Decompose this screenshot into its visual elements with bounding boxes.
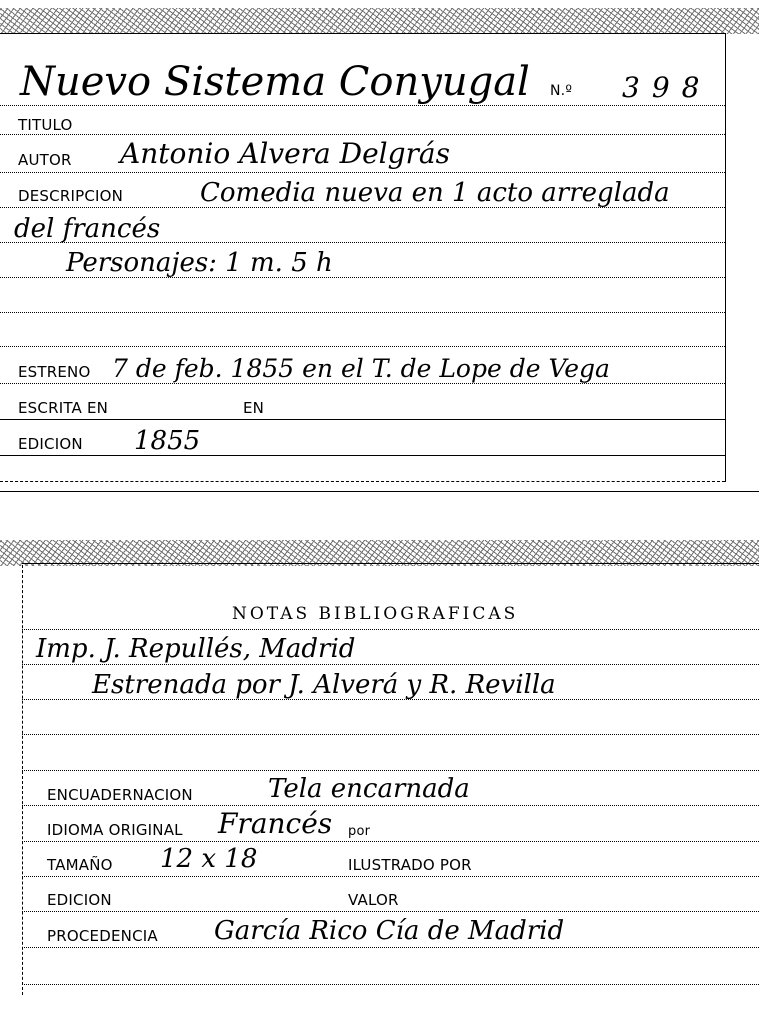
procedencia-value: García Rico Cía de Madrid bbox=[214, 918, 564, 944]
por-label: por bbox=[348, 825, 370, 838]
estreno-value: 7 de feb. 1855 en el T. de Lope de Vega bbox=[112, 356, 610, 381]
encuadernacion-value: Tela encarnada bbox=[268, 776, 470, 802]
idioma-label: IDIOMA ORIGINAL bbox=[47, 823, 183, 838]
encuadernacion-label: ENCUADERNACION bbox=[47, 788, 193, 803]
notas-heading: NOTAS BIBLIOGRAFICAS bbox=[232, 604, 518, 624]
card-top-scan-noise bbox=[0, 8, 759, 34]
rule bbox=[0, 277, 725, 278]
rule bbox=[22, 770, 759, 771]
rule bbox=[22, 664, 759, 665]
rule bbox=[0, 242, 725, 243]
escrita-en-label: ESCRITA EN bbox=[18, 401, 108, 416]
edicion-label: EDICION bbox=[18, 437, 83, 452]
rule bbox=[22, 911, 759, 912]
rule bbox=[0, 207, 725, 208]
autor-label: AUTOR bbox=[18, 153, 72, 168]
edicion-value: 1855 bbox=[134, 428, 200, 454]
edicion2-label: EDICION bbox=[47, 893, 112, 908]
rule bbox=[0, 481, 725, 482]
rule bbox=[0, 455, 725, 456]
autor-value: Antonio Alvera Delgrás bbox=[120, 140, 450, 168]
descripcion-value-line3: Personajes: 1 m. 5 h bbox=[66, 250, 333, 276]
rule bbox=[0, 419, 725, 420]
rule bbox=[22, 841, 759, 842]
card-divider bbox=[0, 491, 759, 492]
notes-line1: Imp. J. Repullés, Madrid bbox=[36, 636, 355, 662]
descripcion-value-line1: Comedia nueva en 1 acto arreglada bbox=[200, 180, 670, 206]
titulo-label: TITULO bbox=[18, 118, 73, 133]
number-label: N.º bbox=[550, 84, 572, 98]
tamano-value: 12 x 18 bbox=[160, 846, 257, 872]
title-handwritten: Nuevo Sistema Conyugal bbox=[20, 62, 530, 102]
rule bbox=[0, 105, 725, 106]
estreno-label: ESTRENO bbox=[18, 365, 91, 380]
number-value: 398 bbox=[622, 74, 711, 102]
rule bbox=[22, 984, 759, 985]
rule bbox=[0, 312, 725, 313]
rule bbox=[0, 346, 725, 347]
rule bbox=[22, 876, 759, 877]
descripcion-value-line2: del francés bbox=[14, 216, 160, 242]
ilustrado-label: ILUSTRADO POR bbox=[348, 858, 472, 873]
rule bbox=[22, 947, 759, 948]
idioma-value: Francés bbox=[218, 810, 332, 838]
rule bbox=[22, 629, 759, 630]
tamano-label: TAMAÑO bbox=[47, 858, 113, 873]
rule bbox=[0, 172, 725, 173]
rule bbox=[0, 383, 725, 384]
rule bbox=[22, 805, 759, 806]
descripcion-label: DESCRIPCION bbox=[18, 189, 123, 204]
procedencia-label: PROCEDENCIA bbox=[47, 929, 158, 944]
rule bbox=[0, 134, 725, 135]
en-label: EN bbox=[243, 401, 264, 416]
rule bbox=[22, 699, 759, 700]
rule bbox=[22, 734, 759, 735]
valor-label: VALOR bbox=[348, 893, 399, 908]
notes-line2: Estrenada por J. Alverá y R. Revilla bbox=[92, 672, 556, 698]
